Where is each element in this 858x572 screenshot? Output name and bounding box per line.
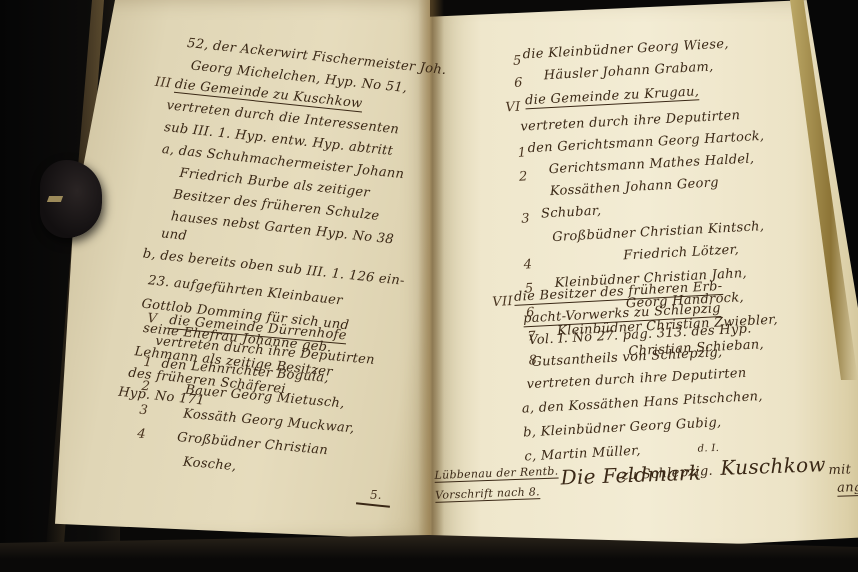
signature-superscript: d. I.	[698, 444, 720, 455]
item-number: 1	[518, 146, 527, 159]
item-number: 1	[143, 356, 153, 370]
item-number: 2	[141, 380, 151, 394]
section-numeral: VI	[505, 101, 521, 115]
book-gutter	[418, 0, 444, 545]
book-clasp	[40, 160, 102, 238]
signature-prefix: Die Feldmark	[560, 463, 701, 488]
item-number: 4	[137, 428, 147, 442]
item-number: 3	[521, 212, 530, 225]
item-number: 3	[139, 404, 149, 418]
manuscript-line: Schubar,	[541, 205, 602, 221]
book-photo: 52, der Ackerwirt Fischermeister Joh. Ge…	[0, 0, 858, 572]
signature-name: Kuschkow	[720, 454, 826, 478]
item-number: 5	[513, 54, 522, 67]
section-numeral: III	[154, 76, 172, 91]
signature-suffix: mit	[828, 463, 851, 477]
page-number: 5.	[370, 488, 381, 502]
signature-suffix: ang	[837, 481, 858, 497]
item-number: 2	[519, 170, 528, 183]
section-numeral: VII	[492, 295, 513, 309]
section-numeral: V	[147, 312, 158, 326]
item-number: 4	[523, 258, 532, 271]
manuscript-line: und	[160, 227, 187, 243]
item-number: 6	[514, 76, 523, 89]
